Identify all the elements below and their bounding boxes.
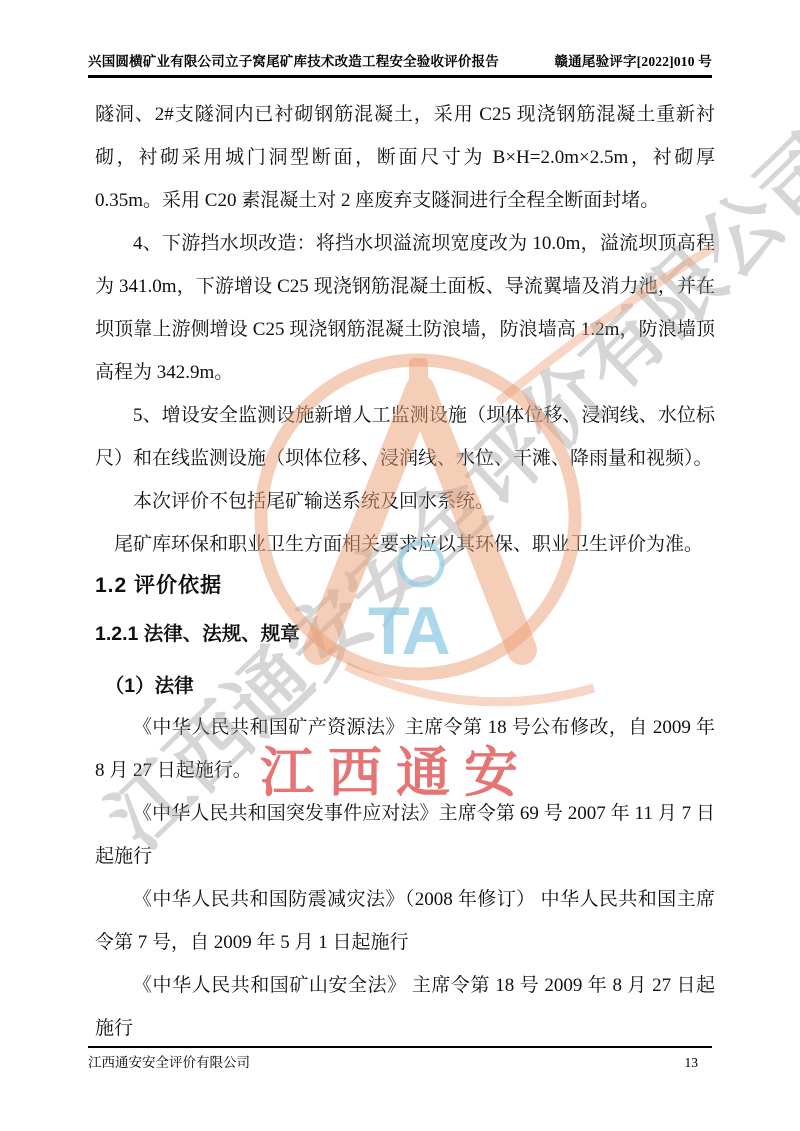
law-item: 《中华人民共和国矿山安全法》 主席令第 18 号 2009 年 8 月 27 日… bbox=[95, 964, 715, 1050]
law-item: 《中华人民共和国防震减灾法》（2008 年修订） 中华人民共和国主席令第 7 号… bbox=[95, 878, 715, 964]
section-heading: 1.2 评价依据 bbox=[95, 566, 715, 606]
subsection-heading: 1.2.1 法律、法规、规章 bbox=[95, 614, 715, 654]
header-doc-number: 赣通尾验评字[2022]010 号 bbox=[554, 50, 712, 70]
paragraph: 4、下游挡水坝改造：将挡水坝溢流坝宽度改为 10.0m，溢流坝顶高程为 341.… bbox=[95, 222, 715, 394]
page-number: 13 bbox=[685, 1055, 699, 1071]
law-item: 《中华人民共和国矿产资源法》主席令第 18 号公布修改，自 2009 年 8 月… bbox=[95, 706, 715, 792]
paragraph: 5、增设安全监测设施新增人工监测设施（坝体位移、浸润线、水位标尺）和在线监测设施… bbox=[95, 394, 715, 480]
footer-company: 江西通安安全评价有限公司 bbox=[88, 1051, 250, 1071]
page-header: 兴国圆横矿业有限公司立子窝尾矿库技术改造工程安全验收评价报告 赣通尾验评字[20… bbox=[88, 50, 712, 70]
subsubsection-heading: （1）法律 bbox=[95, 666, 715, 706]
document-body: 隧洞、2#支隧洞内已衬砌钢筋混凝土，采用 C25 现浇钢筋混凝土重新衬砌，衬砌采… bbox=[95, 93, 715, 1050]
law-item: 《中华人民共和国突发事件应对法》主席令第 69 号 2007 年 11 月 7 … bbox=[95, 792, 715, 878]
header-report-title: 兴国圆横矿业有限公司立子窝尾矿库技术改造工程安全验收评价报告 bbox=[88, 50, 499, 70]
document-page: 兴国圆横矿业有限公司立子窝尾矿库技术改造工程安全验收评价报告 赣通尾验评字[20… bbox=[0, 0, 800, 1131]
footer-rule bbox=[88, 1046, 712, 1048]
header-rule bbox=[88, 75, 712, 78]
paragraph: 尾矿库环保和职业卫生方面相关要求应以其环保、职业卫生评价为准。 bbox=[95, 523, 715, 566]
paragraph: 本次评价不包括尾矿输送系统及回水系统。 bbox=[95, 480, 715, 523]
page-footer: 江西通安安全评价有限公司 13 bbox=[88, 1051, 712, 1071]
paragraph: 隧洞、2#支隧洞内已衬砌钢筋混凝土，采用 C25 现浇钢筋混凝土重新衬砌，衬砌采… bbox=[95, 93, 715, 222]
